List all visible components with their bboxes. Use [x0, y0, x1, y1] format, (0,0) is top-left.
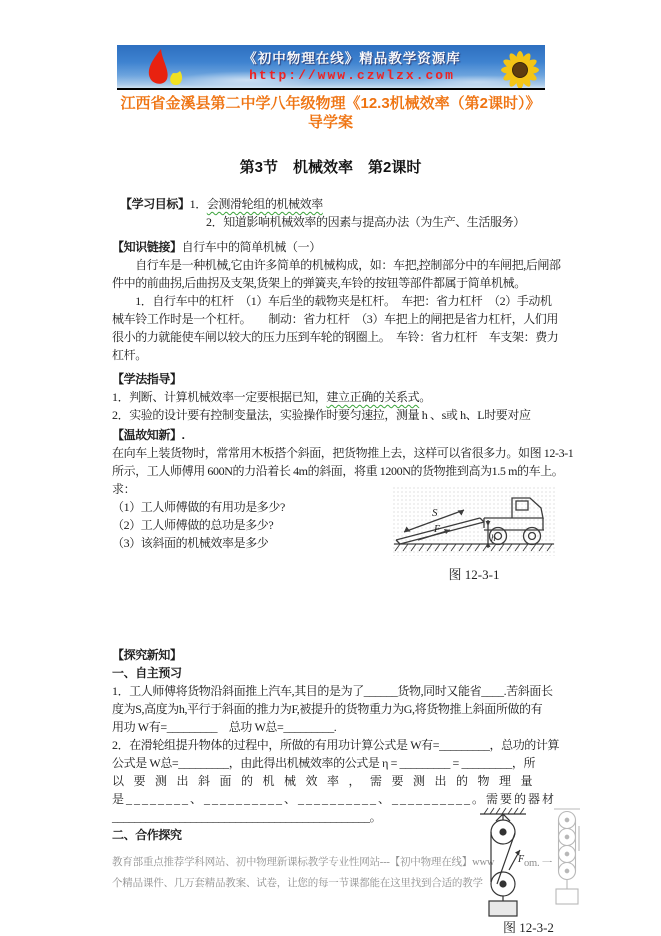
- site-name: 《初中物理在线》精品教学资源库: [212, 47, 492, 67]
- site-banner[interactable]: 《初中物理在线》精品教学资源库 http://www.czwlzx.com: [117, 45, 545, 90]
- fill-blank-line[interactable]: 用功 W有=_________ 总功 W总=_________.: [112, 718, 559, 736]
- document-title-line1: 江西省金溪县第二中学八年级物理《12.3机械效率（第2课时）》: [0, 94, 661, 113]
- text-line: 械车铃工作时是一个杠杆。 制动：省力杠杆 （3）车把上的闸把是省力杠杆，人们用: [112, 310, 561, 328]
- text-line: 在向车上装货物时，常常用木板搭个斜面，把货物推上去，这样可以省很多力。如图 12…: [112, 444, 573, 462]
- method-item-1: 1．判断、计算机械效率一定要根据已知，: [112, 390, 326, 404]
- site-url-link[interactable]: http://www.czwlzx.com: [212, 68, 492, 83]
- goals-label: 【学习目标】: [120, 197, 190, 211]
- knowledge-link-block: 【知识链接】自行车中的简单机械（一） 自行车是一种机械,它由许多简单的机械构成，…: [112, 238, 561, 364]
- explore-label: 【探究新知】: [112, 646, 559, 664]
- fig1-label-h: h: [491, 533, 496, 543]
- section-heading: 第3节 机械效率 第2课时: [0, 156, 661, 177]
- method-item-1-end: 。: [419, 390, 431, 404]
- document-title-line2: 导学案: [0, 113, 661, 132]
- text-line: 【知识链接】自行车中的简单机械（一）: [112, 238, 561, 256]
- fill-blank-line[interactable]: 公式是 W总=_________，由此得出机械效率的公式是 η = ______…: [112, 754, 559, 772]
- text-line: 1．自行车中的杠杆 （1）车后坐的载物夹是杠杆。 车把：省力杠杆 （2）手动机: [112, 292, 561, 310]
- text-line: 1．判断、计算机械效率一定要根据已知，建立正确的关系式。: [112, 388, 531, 406]
- fig1-label-s: S: [432, 507, 438, 519]
- document-title: 江西省金溪县第二中学八年级物理《12.3机械效率（第2课时）》 导学案: [0, 94, 661, 132]
- inclined-plane-truck-drawing: S F h: [392, 486, 556, 556]
- fig1-label-f: F: [433, 524, 441, 535]
- method-label: 【学法指导】: [112, 370, 531, 388]
- text-line: 自行车是一种机械,它由许多简单的机械构成，如：车把,控制部分中的车闸把,后闸部: [112, 256, 561, 274]
- explore-subsection-1: 一、自主预习: [112, 664, 559, 682]
- text-line: 2．在滑轮组提升物体的过程中，所做的有用功计算公式是 W有=_________，…: [112, 736, 559, 754]
- review-label: 【温故知新】.: [112, 426, 573, 444]
- learning-goals-block: 【学习目标】1．会测滑轮组的机械效率 2．知道影响机械效率的因素与提高办法（为生…: [120, 195, 525, 231]
- figure-caption: 图 12-3-1: [392, 564, 556, 583]
- figure-inclined-plane-truck: S F h 图 12-3-1: [392, 486, 556, 583]
- goal-item-1: 会测滑轮组的机械效率: [207, 197, 323, 211]
- sunflower-icon: [499, 51, 541, 89]
- knowledge-label: 【知识链接】: [112, 240, 182, 254]
- worksheet-page: 《初中物理在线》精品教学资源库 http://www.czwlzx.com: [0, 0, 661, 936]
- text-line: 【学习目标】1．会测滑轮组的机械效率: [120, 195, 525, 213]
- figure-pulley-system: F: [462, 806, 597, 923]
- method-guide-block: 【学法指导】 1．判断、计算机械效率一定要根据已知，建立正确的关系式。 2．实验…: [112, 370, 531, 424]
- method-item-1-key: 建立正确的关系式: [326, 390, 419, 404]
- pulley-system-drawing: F: [462, 806, 597, 918]
- goal-item-number: 1．: [190, 197, 207, 211]
- footer-promo-line1: 教育部重点推荐学科网站、初中物理新课标教学专业性网站---【初中物理在线】www: [112, 854, 494, 869]
- figure-caption: 图 12-3-2: [503, 917, 554, 936]
- fig2-label-f: F: [517, 854, 525, 865]
- text-line: 很小的力就能使车闸以较大的压力压到车轮的钢圈上。 车铃：省力杠杆 车支架：费力: [112, 328, 561, 346]
- text-line: 杠杆。: [112, 346, 561, 364]
- goal-item-2: 2．知道影响机械效率的因素与提高办法（为生产、生活服务）: [120, 213, 525, 231]
- text-line: 度为S,高度为h,平行于斜面的推力为F,被提升的货物重力为G,将货物推上斜面所做…: [112, 700, 559, 718]
- footer-promo-line2: 个精品课件、几万套精品教案、试卷，让您的每一节课都能在这里找到合适的教学: [112, 875, 483, 890]
- text-line: 1．工人师傅将货物沿斜面推上汽车,其目的是为了______货物,同时又能省___…: [112, 682, 559, 700]
- text-line: 所示，工人师傅用 600N的力沿着长 4m的斜面，将重 1200N的货物推到高为…: [112, 462, 573, 480]
- method-item-2: 2．实验的设计要有控制变量法，实验操作时要匀速拉，测量 h 、s或 h、L时要对…: [112, 406, 531, 424]
- knowledge-title: 自行车中的简单机械（一）: [182, 240, 321, 254]
- text-line: 以要测出斜面的机械效率，需要测出的物理量: [112, 772, 559, 790]
- text-line: 件中的前曲拐,后曲拐及支架,货架上的弹簧夹,车铃的按钮等部件都属于简单机械。: [112, 274, 561, 292]
- site-logo-flame-icon: [143, 48, 191, 86]
